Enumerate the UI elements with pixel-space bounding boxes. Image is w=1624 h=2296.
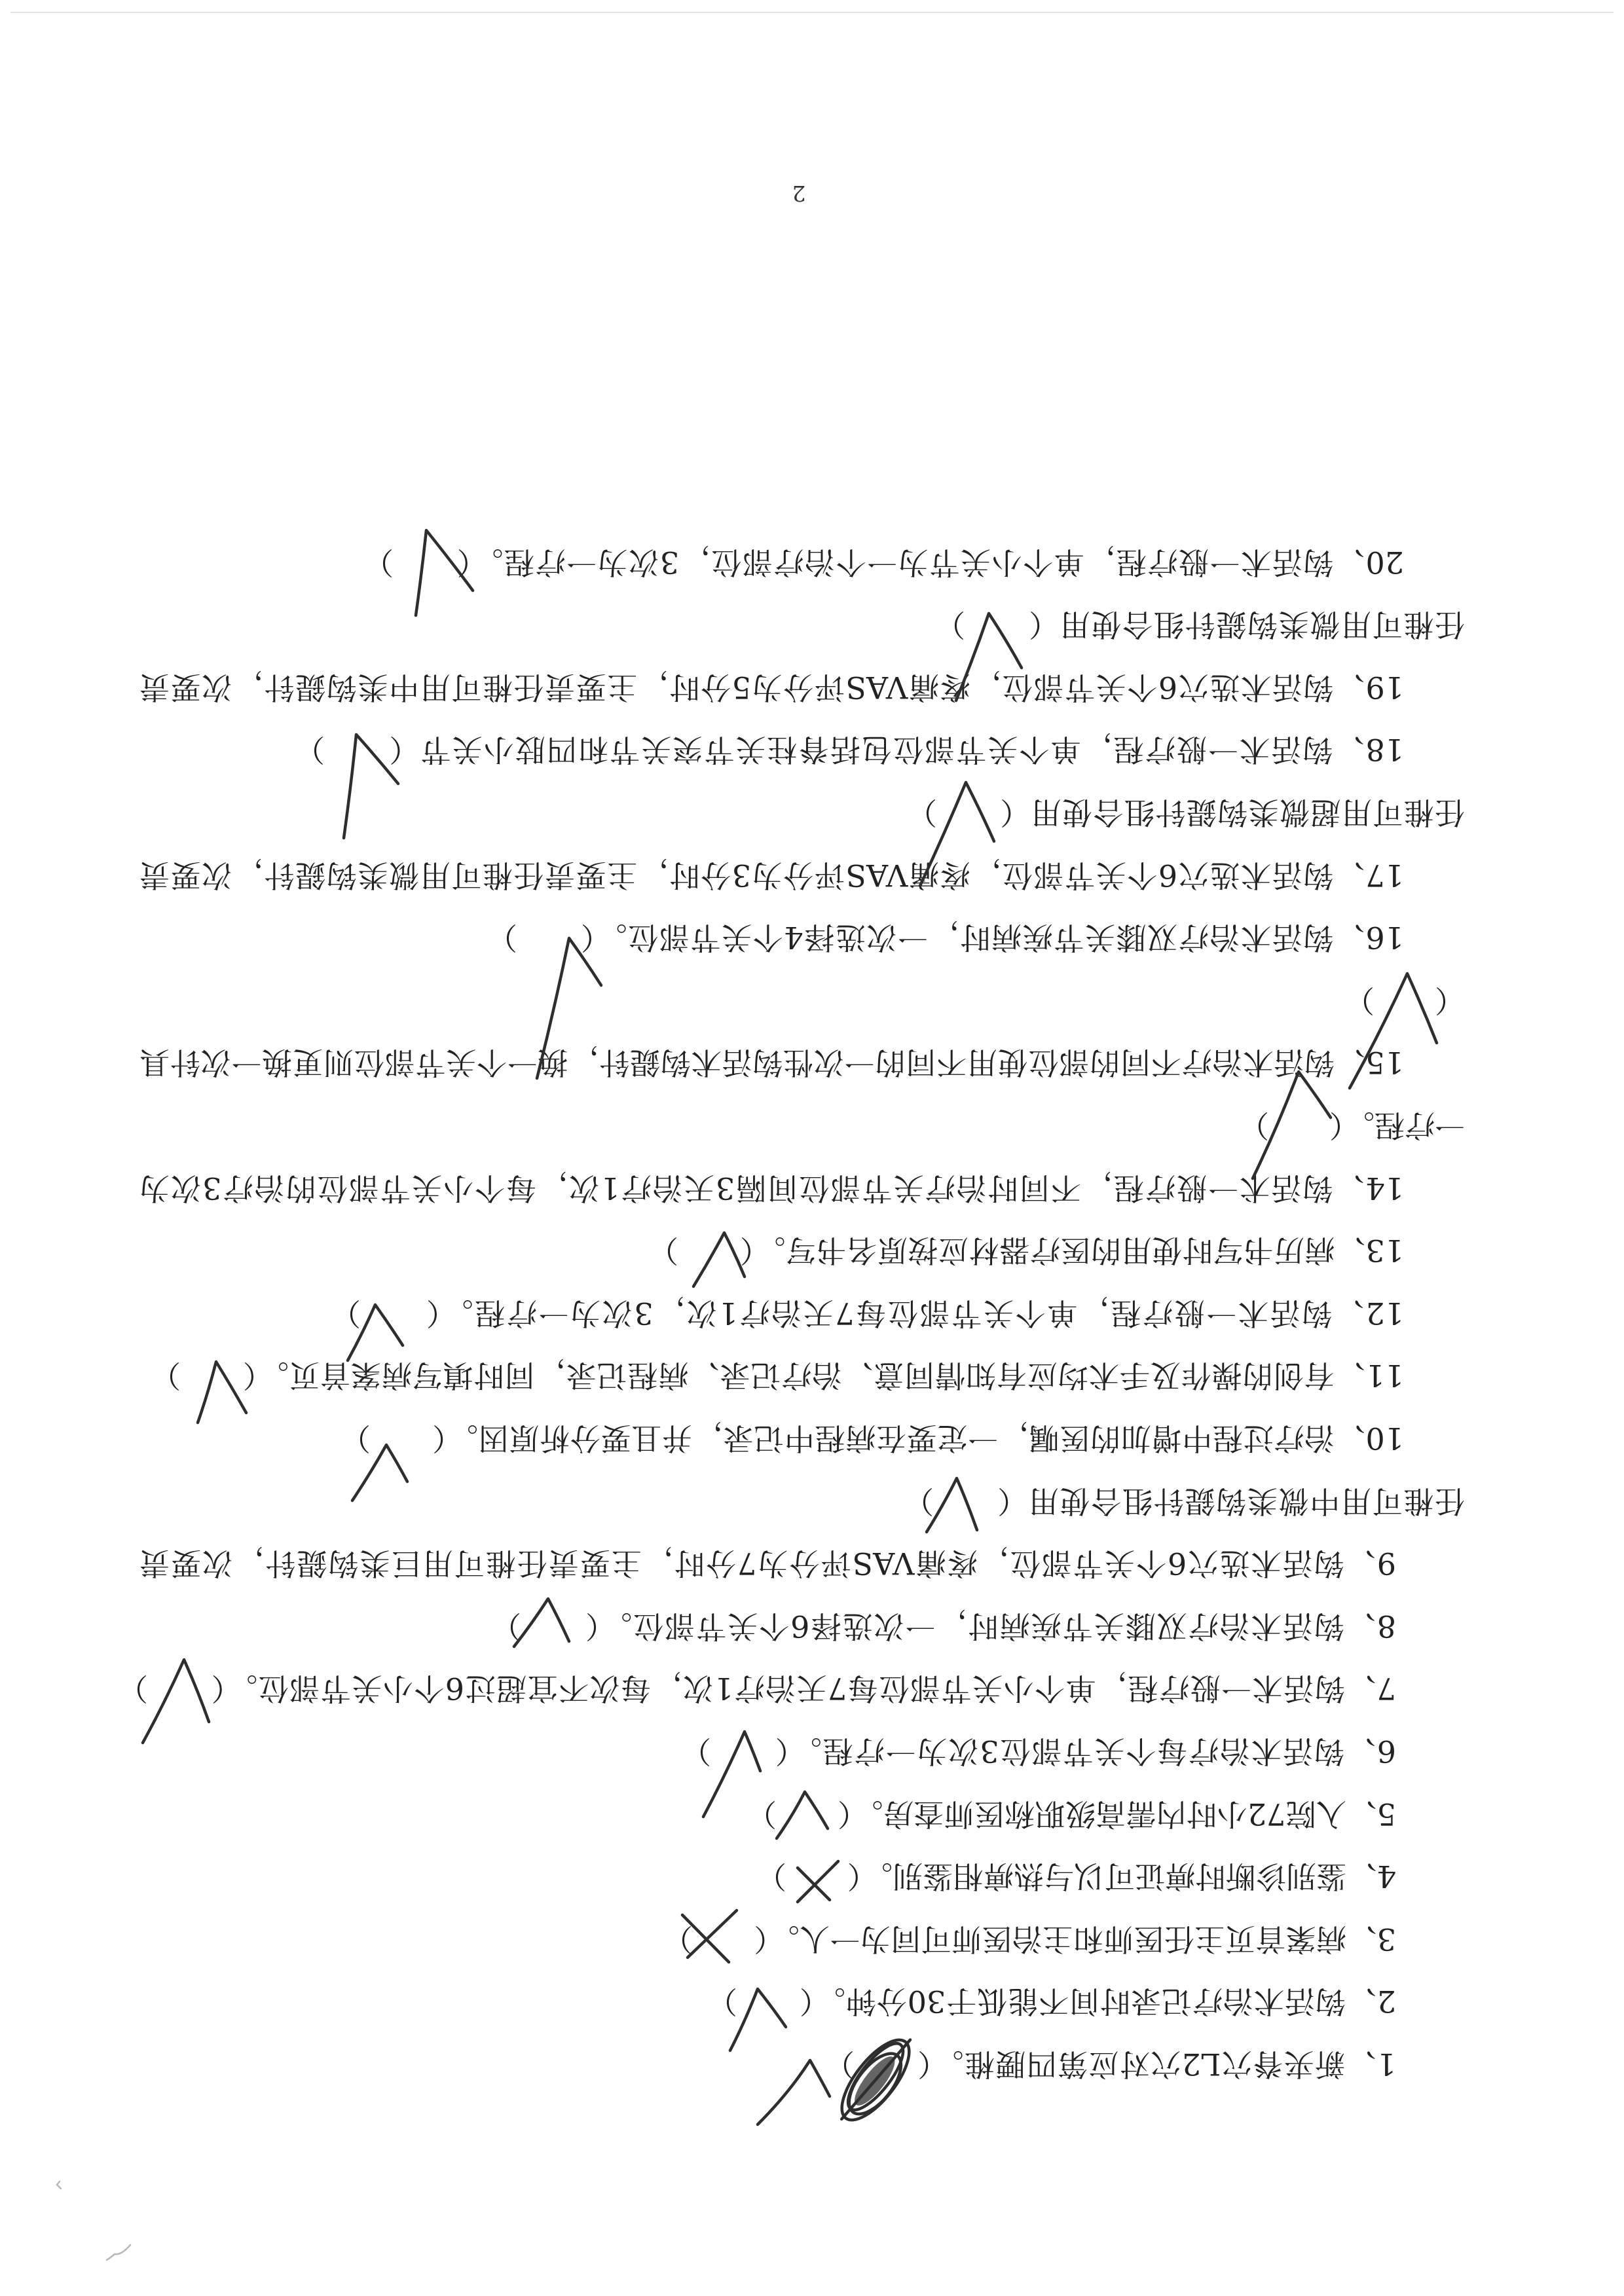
- question-12-line: 12、钩活术一般疗程，单个关节部位每7天治疗1次，3次为一疗程。（ ）: [331, 1296, 1404, 1330]
- question-20-line: 20、钩活术一般疗程，单个小关节为一个治疗部位，3次为一疗程。（ ）: [363, 545, 1404, 579]
- page-number: 2: [789, 180, 809, 206]
- question-15-line-2: （ ）: [1346, 983, 1465, 1017]
- stray-mark: [57, 2181, 61, 2189]
- question-19-line-2: 任椎可用微类钩鍉针组合使用（ ）: [935, 608, 1465, 642]
- stray-mark: [107, 2245, 130, 2260]
- question-15-line-1: 15、钩活术治疗不同的部位使用不同的一次性钩活术钩鍉针，换一个关节部位则更换一次…: [139, 1046, 1404, 1080]
- question-16-line: 16、钩活术治疗双膝关节疾病时，一次选择4个关节部位。（ ）: [487, 920, 1404, 955]
- question-2-line: 2、钩活术治疗记录时间不能低于30分钟。（ ）: [707, 1984, 1396, 2018]
- question-6-line: 6、钩活术治疗每个关节部位3次为一疗程。（ ）: [681, 1734, 1396, 1768]
- question-14-line-1: 14、钩活术一般疗程，不同时治疗关节部位间隔3天治疗1次，每个小关节部位的治疗3…: [139, 1171, 1404, 1205]
- scan-edge-line: [10, 12, 1614, 13]
- question-9-line-1: 9、钩活术选穴6个关节部位，疼痛VAS评分为7分时，主要责任椎可用巨类钩鍉针，次…: [139, 1546, 1396, 1580]
- question-4-line: 4、鉴别诊断时痹证可以与热痹相鉴别。（ ）: [756, 1859, 1396, 1893]
- question-10-line: 10、治疗过程中增加的医嘱，一定要在病程中记录，并且要分析原因。（ ）: [341, 1421, 1404, 1455]
- question-5-line: 5、入院72小时内需高级职称医师查房。（ ）: [747, 1797, 1396, 1831]
- question-18-line: 18、钩活术一般疗程，单个关节部位包括脊柱关节突关节和四肢小关节（ ）: [295, 733, 1404, 767]
- question-17-line-2: 任椎可用超微类钩鍉针组合使用（ ）: [907, 795, 1465, 829]
- question-14-line-2: 一疗程。（ ）: [1240, 1108, 1465, 1142]
- question-19-line-1: 19、钩活术选穴6个关节部位，疼痛VAS评分为5分时，主要责任椎可用中类钩鍉针，…: [139, 670, 1404, 704]
- question-11-line: 11、有创的操作及手术均应有知情同意、治疗记录、病程记录，同时填写病案首页。（ …: [151, 1358, 1404, 1393]
- question-17-line-1: 17、钩活术选穴6个关节部位，疼痛VAS评分为3分时，主要责任椎可用微类钩鍉针，…: [139, 858, 1404, 892]
- question-9-line-2: 任椎可用中微类钩鍉针组合使用（ ）: [904, 1484, 1465, 1518]
- question-1-line: 1、新夹脊穴L2穴对应第四腰椎。（ ）: [824, 2047, 1396, 2081]
- question-7-line: 7、钩活术一般疗程，单个小关节部位每7天治疗1次，每次不宜超过6个小关节部位。（…: [118, 1671, 1396, 1705]
- question-8-line: 8、钩活术治疗双膝关节疾病时，一次选择6个关节部位。（ ）: [491, 1609, 1396, 1643]
- scanned-page: 1、新夹脊穴L2穴对应第四腰椎。（ ） 2、钩活术治疗记录时间不能低于30分钟。…: [0, 0, 1624, 2296]
- question-3-line: 3、病案首页主任医师和主治医师可同为一人。（ ）: [663, 1922, 1396, 1956]
- check-mark-icon: [758, 2060, 830, 2124]
- question-13-line: 13、病历书写时使用的医疗器材应按原名书写。（ ）: [648, 1233, 1404, 1267]
